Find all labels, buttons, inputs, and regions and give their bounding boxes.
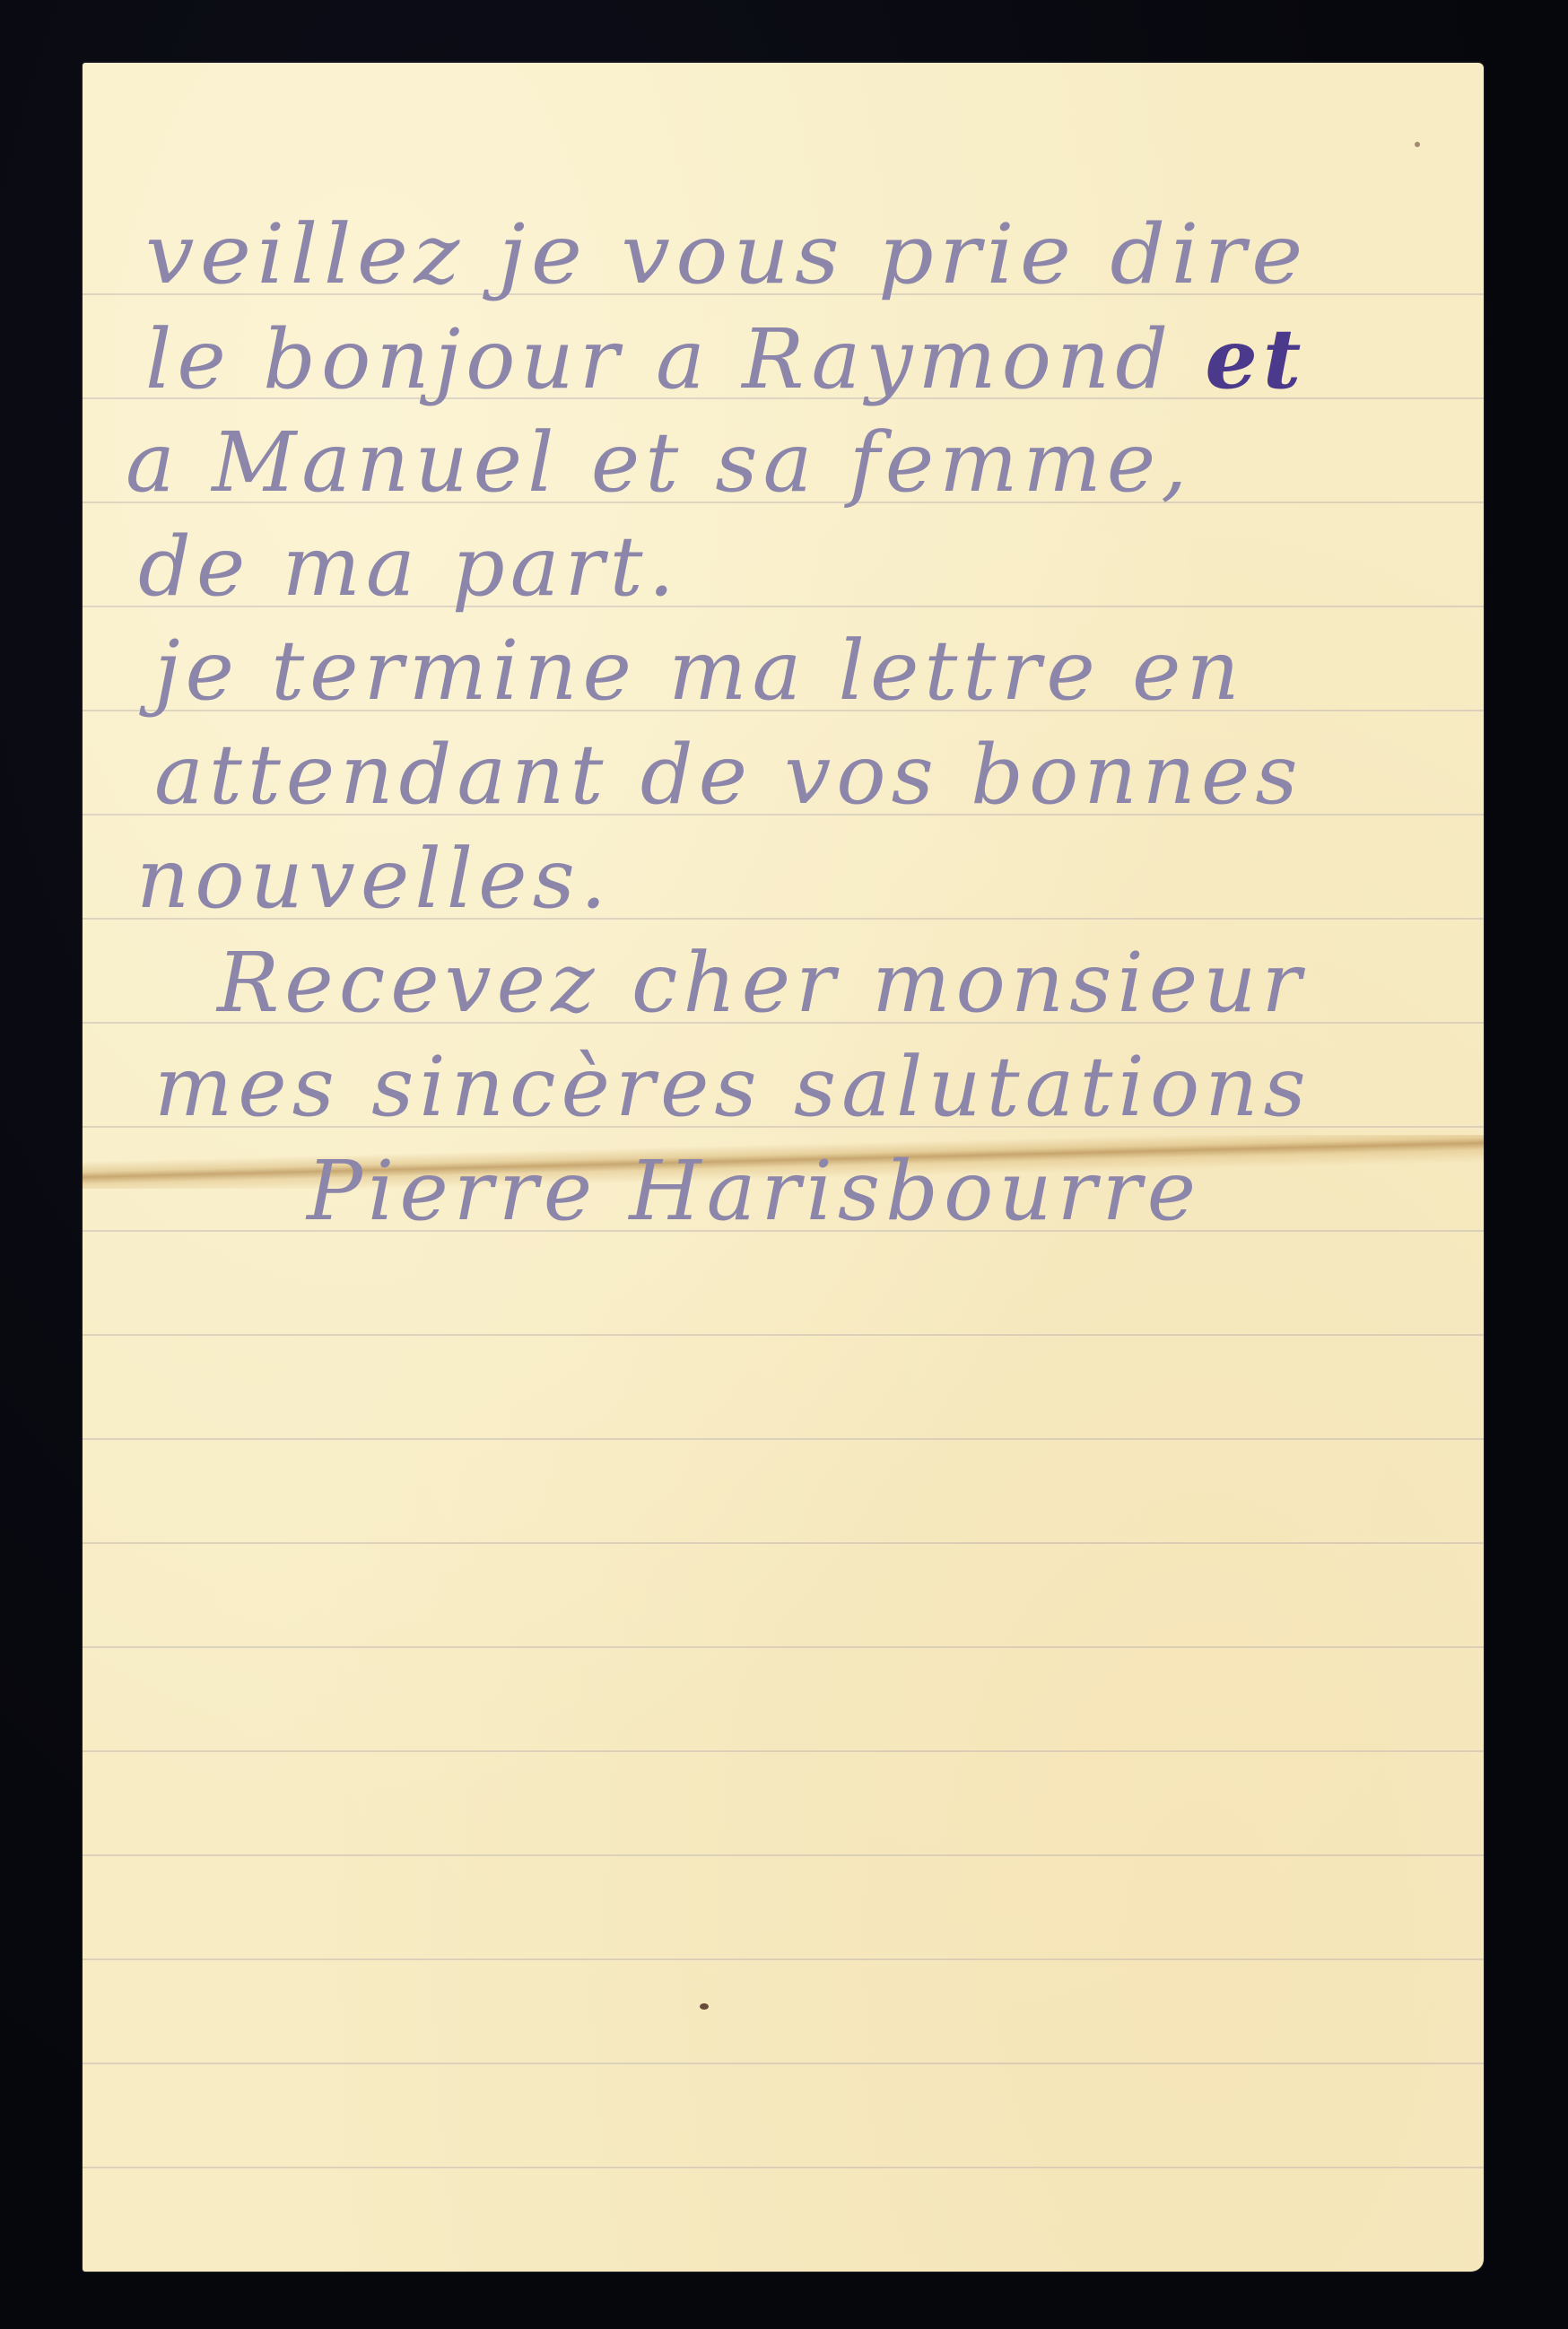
letter-line-3: a Manuel et sa femme, — [126, 422, 1192, 504]
letter-line-text: veillez je vous prie dire — [145, 206, 1309, 302]
ruled-line — [83, 2063, 1484, 2064]
ruled-line — [83, 1854, 1484, 1856]
ruled-line — [83, 1646, 1484, 1648]
ruled-line — [83, 1334, 1484, 1336]
ruled-line — [83, 1958, 1484, 1960]
letter-line-text: nouvelles. — [136, 831, 612, 927]
letter-line-1: veillez je vous prie dire — [145, 214, 1309, 296]
ink-correction: et — [1205, 310, 1306, 407]
paper-speck — [700, 2003, 709, 2010]
letter-line-text: a Manuel et sa femme, — [126, 414, 1192, 510]
letter-line-7: nouvelles. — [136, 838, 612, 920]
letter-line-8: Recevez cher monsieur — [217, 942, 1306, 1025]
letter-line-2: le bonjour a Raymond et — [145, 318, 1306, 401]
letter-line-text: de ma part. — [138, 519, 680, 615]
letter-line-5: je termine ma lettre en — [154, 630, 1245, 712]
letter-line-6: attendant de vos bonnes — [154, 734, 1303, 816]
ruled-line — [83, 1542, 1484, 1544]
letter-page: veillez je vous prie dire le bonjour a R… — [83, 63, 1484, 2272]
paper-speck — [1415, 142, 1420, 147]
letter-line-4: de ma part. — [138, 526, 680, 608]
letter-line-9: mes sincères salutations — [154, 1046, 1311, 1129]
signature-text: Pierre Harisbourre — [307, 1143, 1201, 1239]
ruled-line — [83, 1438, 1484, 1440]
ruled-line — [83, 1750, 1484, 1752]
letter-line-text: Recevez cher monsieur — [217, 935, 1306, 1031]
signature: Pierre Harisbourre — [307, 1150, 1201, 1233]
letter-line-text: mes sincères salutations — [154, 1039, 1311, 1135]
letter-line-text: le bonjour a Raymond — [145, 311, 1173, 407]
letter-line-text: attendant de vos bonnes — [154, 727, 1303, 823]
ruled-line — [83, 2167, 1484, 2168]
letter-line-text: je termine ma lettre en — [154, 623, 1245, 719]
